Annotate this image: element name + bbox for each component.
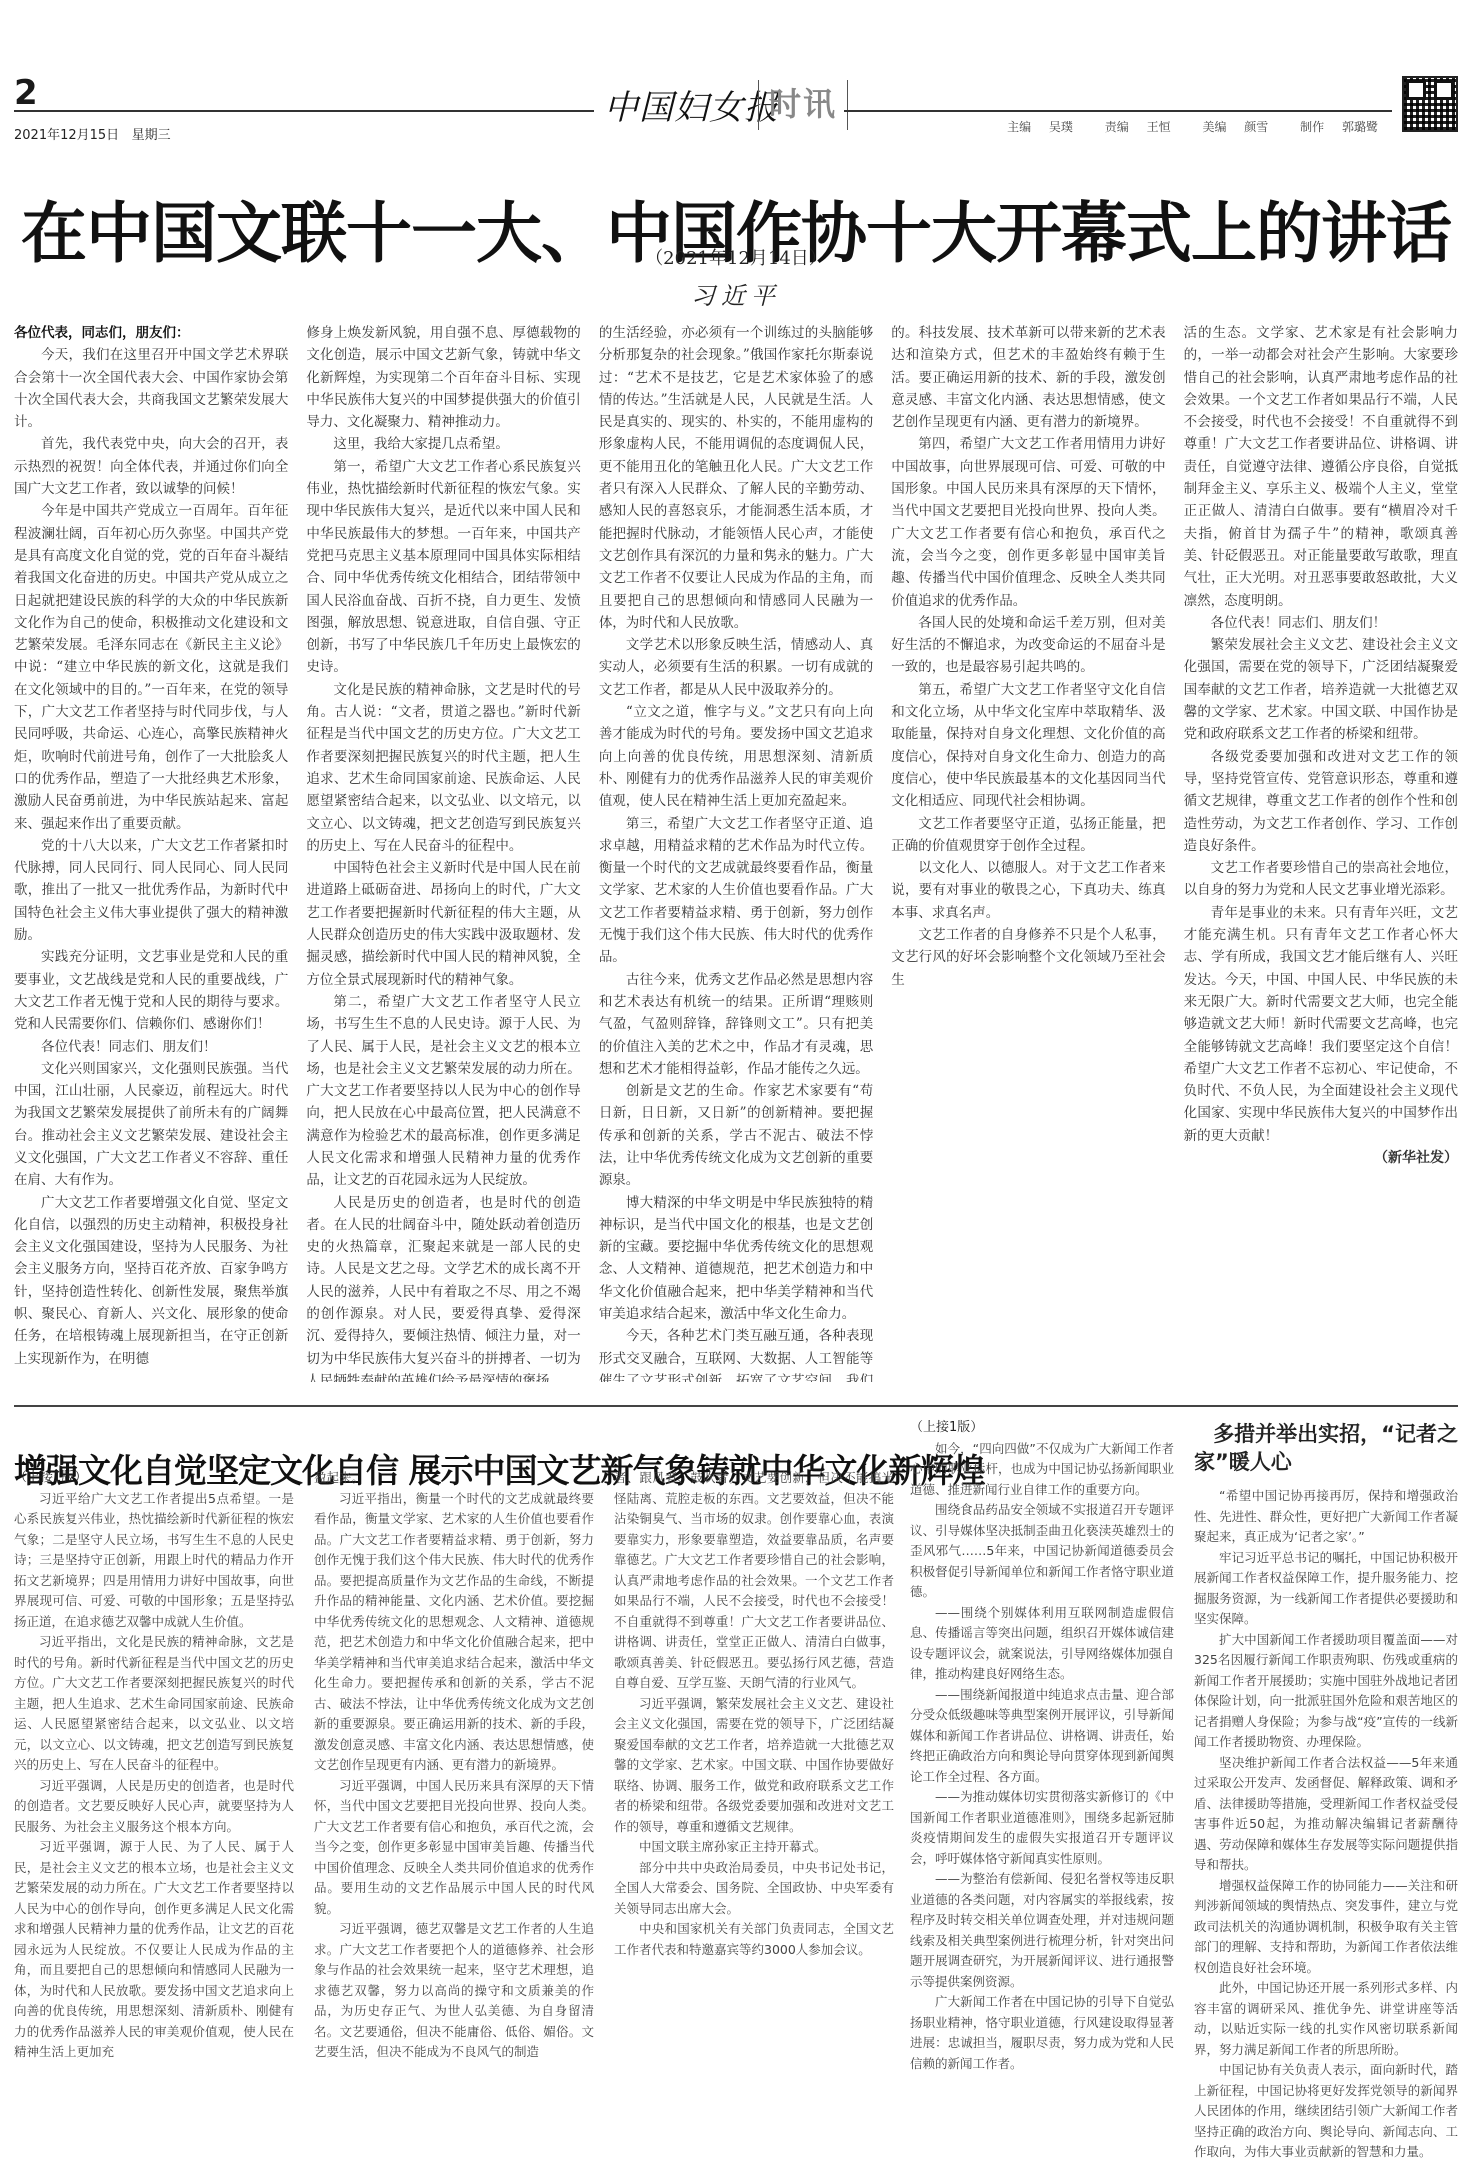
paragraph: 广大新闻工作者在中国记协的引导下自觉弘扬职业精神，恪守职业道德，行风建设取得显著… [910,1992,1174,2074]
paragraph: 文艺工作者的自身修养不只是个人私事，文艺行风的好坏会影响整个文化领域乃至社会生 [891,924,1165,991]
paragraph: 各级党委要加强和改进对文艺工作的领导，坚持党管宣传、党管意识形态，尊重和遵循文艺… [1184,746,1458,857]
lower-article-body: （上接1版） 习近平给广大文艺工作者提出5点希望。一是心系民族复兴伟业，热忱描绘… [14,1468,894,2158]
paragraph: 习近平强调，源于人民、为了人民、属于人民，是社会主义文艺的根本立场，也是社会主义… [14,1837,294,2063]
paragraph: 第一，希望广大文艺工作者心系民族复兴伟业，热忱描绘新时代新征程的恢宏气象。实现中… [306,456,580,679]
paragraph: 围绕食品药品安全领域不实报道召开专题评议、引导媒体坚决抵制歪曲丑化亵渎英雄烈士的… [910,1500,1174,1603]
paragraph: 第四，希望广大文艺工作者用情用力讲好中国故事，向世界展现可信、可爱、可敬的中国形… [891,433,1165,611]
paragraph: 文学艺术以形象反映生活，情感动人、真实动人，必须要有生活的积累。一切有成就的文艺… [599,634,873,701]
masthead-rule-right [844,110,1392,112]
credit-art-editor: 美编 颜雪 [1188,120,1268,134]
paragraph: 盈起来。 [314,1468,594,1489]
credit-chief-editor: 主编 吴璞 [993,120,1073,134]
article-dateline: （2021年12月14日） [0,244,1472,270]
speech-body: 各位代表，同志们，朋友们： 今天，我们在这里召开中国文学艺术界联合会第十一次全国… [14,322,1458,1382]
paragraph: 中国特色社会主义新时代是中国人民在前进道路上砥砺奋进、昂扬向上的时代，广大文艺工… [306,857,580,991]
paragraph: 首先，我代表党中央，向大会的召开，表示热烈的祝贺！向全体代表，并通过你们向全国广… [14,433,288,500]
section-label-box: 时讯 [758,80,848,130]
paragraph: 习近平指出，文化是民族的精神命脉，文艺是时代的号角。新时代新征程是当代中国文艺的… [14,1632,294,1776]
issue-weekday: 星期三 [132,128,171,143]
paragraph: 文化兴则国家兴，文化强则民族强。当代中国，江山壮丽，人民豪迈，前程远大。时代为我… [14,1058,288,1192]
paragraph: 第五，希望广大文艺工作者坚守文化自信和文化立场，从中华文化宝库中萃取精华、汲取能… [891,679,1165,813]
paragraph: 繁荣发展社会主义文艺、建设社会主义文化强国，需要在党的领导下，广泛团结凝聚爱国奉… [1184,634,1458,745]
paragraph: 人民是历史的创造者，也是时代的创造者。在人民的壮阔奋斗中，随处跃动着创造历史的火… [306,1192,580,1382]
paragraph: “希望中国记协再接再厉，保持和增强政治性、先进性、群众性，更好把广大新闻工作者凝… [1194,1486,1458,1548]
paragraph: 习近平指出，衡量一个时代的文艺成就最终要看作品，衡量文学家、艺术家的人生价值也要… [314,1489,594,1776]
article-author: 习近平 [0,276,1472,311]
article-source: （新华社发） [1184,1147,1458,1169]
paragraph: 创新是文艺的生命。作家艺术家要有“苟日新，日日新，又日新”的创新精神。要把握传承… [599,1080,873,1191]
paragraph: ——为整治有偿新闻、侵犯名誉权等违反职业道德的各类问题，对内容属实的举报线索，按… [910,1869,1174,1992]
credit-producer: 制作 郭璐鹭 [1286,120,1378,134]
paragraph: ——围绕新闻报道中纯追求点击量、迎合部分受众低级趣味等典型案例开展评议，引导新闻… [910,1685,1174,1788]
paragraph: 习近平强调，德艺双馨是文艺工作者的人生追求。广大文艺工作者要把个人的道德修养、社… [314,1919,594,2063]
paragraph: 中国文联主席孙家正主持开幕式。 [614,1837,894,1858]
paragraph: 以文化人、以德服人。对于文艺工作者来说，要有对事业的敬畏之心，下真功夫、练真本事… [891,857,1165,924]
side-title-line-2: 家”暖人心 [1194,1448,1458,1476]
side-column-1: （上接1版） 如今，“四向四做”不仅成为广大新闻工作者心中的职业标杆，也成为中国… [910,1418,1174,2158]
side-column-2: 多措并举出实招，“记者之 家”暖人心 “希望中国记协再接再厉，保持和增强政治性、… [1194,1418,1458,2158]
qr-code-icon[interactable] [1402,76,1458,132]
issue-date: 2021年12月15日 星期三 [14,124,171,143]
side-article: （上接1版） 如今，“四向四做”不仅成为广大新闻工作者心中的职业标杆，也成为中国… [910,1418,1458,2158]
paragraph: 此外，中国记协还开展一系列形式多样、内容丰富的调研采风、推优争先、讲堂讲座等活动… [1194,1978,1458,2060]
newspaper-logo: 中国妇女报 [604,80,779,129]
speech-column-4: 的。科技发展、技术革新可以带来新的艺术表达和渲染方式，但艺术的丰盈始终有赖于生活… [891,322,1165,1382]
paragraph: 习近平强调，人民是历史的创造者，也是时代的创造者。文艺要反映好人民心声，就要坚持… [14,1776,294,1838]
paragraph: 广大文艺工作者要增强文化自觉、坚定文化自信，以强烈的历史主动精神，积极投身社会主… [14,1192,288,1370]
speech-column-1: 各位代表，同志们，朋友们： 今天，我们在这里召开中国文学艺术界联合会第十一次全国… [14,322,288,1382]
side-article-title: 多措并举出实招，“记者之 家”暖人心 [1194,1420,1458,1476]
side-continued-label: （上接1版） [910,1418,1174,1439]
paragraph: 这里，我给大家提几点希望。 [306,433,580,455]
salutation: 各位代表，同志们，朋友们： [14,322,288,344]
paragraph: 习近平强调，中国人民历来具有深厚的天下情怀，当代中国文艺要把目光投向世界、投向人… [314,1776,594,1920]
editor-credits: 主编 吴璞 责编 王恒 美编 颜雪 制作 郭璐鹭 [979,118,1378,135]
paragraph: 各位代表！同志们、朋友们！ [14,1036,288,1058]
speech-column-3: 的生活经验，亦必须有一个训练过的头脑能够分析那复杂的社会现象。”俄国作家托尔斯泰… [599,322,873,1382]
paragraph: 今年是中国共产党成立一百周年。百年征程波澜壮阔，百年初心历久弥坚。中国共产党是具… [14,500,288,834]
paragraph: 第二，希望广大文艺工作者坚守人民立场，书写生生不息的人民史诗。源于人民、为了人民… [306,991,580,1192]
paragraph: 牢记习近平总书记的嘱托，中国记协积极开展新闻工作者权益保障工作，提升服务能力、挖… [1194,1548,1458,1630]
paragraph: 文艺工作者要珍惜自己的崇高社会地位，以自身的努力为党和人民文艺事业增光添彩。 [1184,857,1458,902]
speech-column-5: 活的生态。文学家、艺术家是有社会影响力的，一举一动都会对社会产生影响。大家要珍惜… [1184,322,1458,1382]
speech-column-2: 修身上焕发新风貌，用自强不息、厚德载物的文化创造，展示中国文艺新气象，铸就中华文… [306,322,580,1382]
paragraph: 实践充分证明，文艺事业是党和人民的重要事业，文艺战线是党和人民的重要战线，广大文… [14,946,288,1035]
paragraph: 部分中共中央政治局委员，中央书记处书记，全国人大常委会、国务院、全国政协、中央军… [614,1858,894,1920]
paragraph: 的生活经验，亦必须有一个训练过的头脑能够分析那复杂的社会现象。”俄国作家托尔斯泰… [599,322,873,634]
paragraph: 者、跟风者、鼓吹者。文艺要创新，但决不能搞光怪陆离、荒腔走板的东西。文艺要效益，… [614,1468,894,1694]
paragraph: 如今，“四向四做”不仅成为广大新闻工作者心中的职业标杆，也成为中国记协弘扬新闻职… [910,1439,1174,1501]
paragraph: 党的十八大以来，广大文艺工作者紧扣时代脉搏，同人民同行、同人民同心、同人民同歌，… [14,835,288,946]
paragraph: 今天，我们在这里召开中国文学艺术界联合会第十一次全国代表大会、中国作家协会第十次… [14,344,288,433]
lower-column-1: （上接1版） 习近平给广大文艺工作者提出5点希望。一是心系民族复兴伟业，热忱描绘… [14,1468,294,2158]
paragraph: 各位代表！同志们、朋友们！ [1184,612,1458,634]
paragraph: 第三，希望广大文艺工作者坚守正道、追求卓越，用精益求精的艺术作品为时代立传。衡量… [599,813,873,969]
paragraph: 中央和国家机关有关部门负责同志，全国文艺工作者代表和特邀嘉宾等约3000人参加会… [614,1919,894,1960]
paragraph: 文化是民族的精神命脉，文艺是时代的号角。古人说：“文者，贯道之器也。”新时代新征… [306,679,580,857]
paragraph: 青年是事业的未来。只有青年兴旺，文艺才能充满生机。只有青年文艺工作者心怀大志、学… [1184,902,1458,1147]
paragraph: 中国记协有关负责人表示，面向新时代，踏上新征程，中国记协将更好发挥党领导的新闻界… [1194,2060,1458,2158]
paragraph: 活的生态。文学家、艺术家是有社会影响力的，一举一动都会对社会产生影响。大家要珍惜… [1184,322,1458,612]
credit-duty-editor: 责编 王恒 [1091,120,1171,134]
issue-date-text: 2021年12月15日 [14,128,119,143]
lower-column-3: 者、跟风者、鼓吹者。文艺要创新，但决不能搞光怪陆离、荒腔走板的东西。文艺要效益，… [614,1468,894,2158]
paragraph: 各国人民的处境和命运千差万别，但对美好生活的不懈追求，为改变命运的不屈奋斗是一致… [891,612,1165,679]
side-title-line-1: 多措并举出实招，“记者之 [1213,1422,1458,1446]
paragraph: 习近平给广大文艺工作者提出5点希望。一是心系民族复兴伟业，热忱描绘新时代新征程的… [14,1489,294,1633]
paragraph: 扩大中国新闻工作者援助项目覆盖面——对325名因履行新闻工作职责殉职、伤残或重病… [1194,1630,1458,1753]
paragraph: 坚决维护新闻工作者合法权益——5年来通过采取公开发声、发函督促、解释政策、调和矛… [1194,1753,1458,1876]
paragraph: 修身上焕发新风貌，用自强不息、厚德载物的文化创造，展示中国文艺新气象，铸就中华文… [306,322,580,433]
lower-column-2: 盈起来。 习近平指出，衡量一个时代的文艺成就最终要看作品，衡量文学家、艺术家的人… [314,1468,594,2158]
page-number: 2 [14,76,38,110]
paragraph: ——为推动媒体切实贯彻落实新修订的《中国新闻工作者职业道德准则》，围绕多起新冠肺… [910,1787,1174,1869]
masthead: 2 2021年12月15日 星期三 中国妇女报 时讯 主编 吴璞 责编 王恒 美… [14,76,1458,136]
section-divider [14,1405,1458,1407]
section-name: 时讯 [769,85,837,123]
paragraph: “立文之道，惟字与义。”文艺只有向上向善才能成为时代的号角。要发扬中国文艺追求向… [599,701,873,812]
paragraph: ——围绕个别媒体利用互联网制造虚假信息、传播谣言等突出问题，组织召开媒体诚信建设… [910,1603,1174,1685]
masthead-rule-left [14,110,594,112]
paragraph: 博大精深的中华文明是中华民族独特的精神标识，是当代中国文化的根基，也是文艺创新的… [599,1192,873,1326]
paragraph: 的。科技发展、技术革新可以带来新的艺术表达和渲染方式，但艺术的丰盈始终有赖于生活… [891,322,1165,433]
paragraph: 今天，各种艺术门类互融互通，各种表现形式交叉融合，互联网、大数据、人工智能等催生… [599,1325,873,1382]
paragraph: 文艺工作者要坚守正道，弘扬正能量，把正确的价值观贯穿于创作全过程。 [891,813,1165,858]
continued-from-label: （上接1版） [14,1468,294,1489]
paragraph: 古往今来，优秀文艺作品必然是思想内容和艺术表达有机统一的结果。正所谓“理赅则气盈… [599,969,873,1080]
paragraph: 习近平强调，繁荣发展社会主义文艺、建设社会主义文化强国，需要在党的领导下，广泛团… [614,1694,894,1838]
paragraph: 增强权益保障工作的协同能力——关注和研判涉新闻领域的舆情热点、突发事件，建立与党… [1194,1876,1458,1979]
